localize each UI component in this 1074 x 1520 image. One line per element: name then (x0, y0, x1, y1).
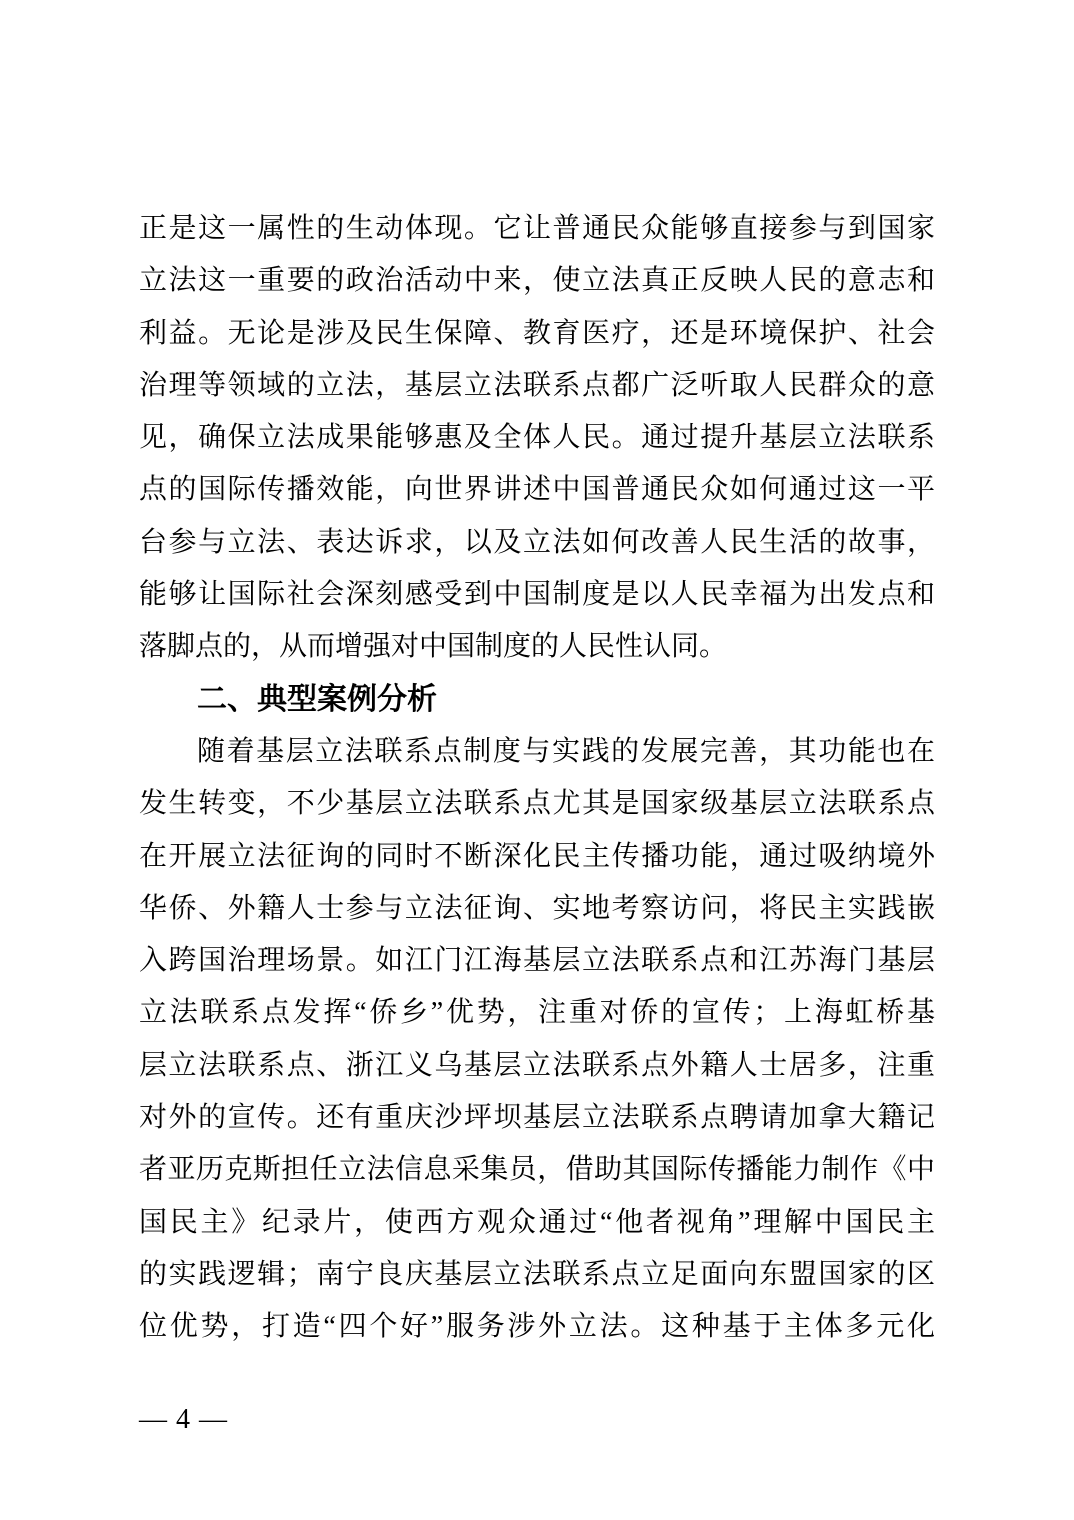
body-text-line: 者亚历克斯担任立法信息采集员，借助其国际传播能力制作《中 (139, 1144, 935, 1196)
body-text-line: 台参与立法、表达诉求，以及立法如何改善人民生活的故事， (139, 517, 935, 569)
body-text-line: 落脚点的，从而增强对中国制度的人民性认同。 (139, 621, 935, 673)
body-text-line: 能够让国际社会深刻感受到中国制度是以人民幸福为出发点和 (139, 569, 935, 621)
document-page: 正是这一属性的生动体现。它让普通民众能够直接参与到国家立法这一重要的政治活动中来… (0, 0, 1074, 1520)
body-text-line: 位优势，打造“四个好”服务涉外立法。这种基于主体多元化 (139, 1301, 935, 1353)
body-text-line: 利益。无论是涉及民生保障、教育医疗，还是环境保护、社会 (139, 308, 935, 360)
text-block: 正是这一属性的生动体现。它让普通民众能够直接参与到国家立法这一重要的政治活动中来… (139, 203, 935, 1354)
section-heading: 二、典型案例分析 (139, 674, 935, 726)
body-text-line: 发生转变，不少基层立法联系点尤其是国家级基层立法联系点 (139, 778, 935, 830)
body-text-line: 正是这一属性的生动体现。它让普通民众能够直接参与到国家 (139, 203, 935, 255)
body-text-line: 治理等领域的立法，基层立法联系点都广泛听取人民群众的意 (139, 360, 935, 412)
body-text-line: 对外的宣传。还有重庆沙坪坝基层立法联系点聘请加拿大籍记 (139, 1092, 935, 1144)
body-text-line: 入跨国治理场景。如江门江海基层立法联系点和江苏海门基层 (139, 935, 935, 987)
body-text-line: 在开展立法征询的同时不断深化民主传播功能，通过吸纳境外 (139, 831, 935, 883)
body-text-line: 的实践逻辑；南宁良庆基层立法联系点立足面向东盟国家的区 (139, 1249, 935, 1301)
body-text-line: 立法这一重要的政治活动中来，使立法真正反映人民的意志和 (139, 255, 935, 307)
body-text-line: 立法联系点发挥“侨乡”优势，注重对侨的宣传；上海虹桥基 (139, 987, 935, 1039)
body-text-line: 随着基层立法联系点制度与实践的发展完善，其功能也在 (139, 726, 935, 778)
body-text-line: 国民主》纪录片，使西方观众通过“他者视角”理解中国民主 (139, 1197, 935, 1249)
body-text-line: 华侨、外籍人士参与立法征询、实地考察访问，将民主实践嵌 (139, 883, 935, 935)
body-text-line: 点的国际传播效能，向世界讲述中国普通民众如何通过这一平 (139, 464, 935, 516)
page-number: — 4 — (139, 1402, 228, 1438)
body-text-line: 见，确保立法成果能够惠及全体人民。通过提升基层立法联系 (139, 412, 935, 464)
body-text-line: 层立法联系点、浙江义乌基层立法联系点外籍人士居多，注重 (139, 1040, 935, 1092)
